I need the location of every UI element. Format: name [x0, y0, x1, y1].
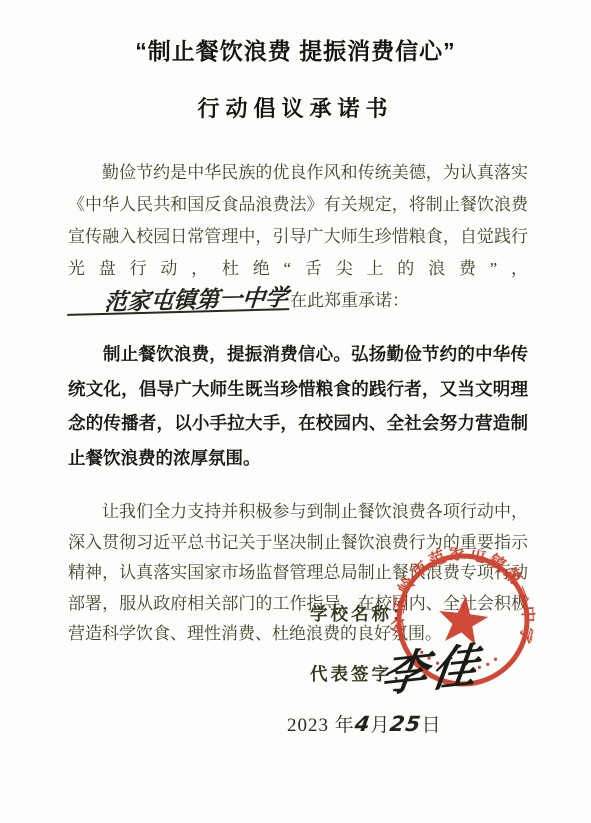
paragraph-pledge: 制止餐饮浪费，提振消费信心。弘扬勤俭节约的中华传统文化，倡导广大师生既当珍惜粮食… [68, 337, 528, 475]
date-day-handwritten: 25 [389, 712, 424, 736]
date-month-handwritten: 4 [353, 712, 372, 736]
document-header: “制止餐饮浪费 提振消费信心” 行动倡议承诺书 [0, 0, 591, 123]
paragraph-intro: 勤俭节约是中华民族的优良作风和传统美德，为认真落实《中华人民共和国反食品浪费法》… [68, 157, 528, 317]
date-year: 2023 年 [287, 715, 355, 736]
date-month-label: 月 [370, 715, 390, 736]
document-date: 2023 年4月25日 [287, 710, 442, 737]
document-title-line1: “制止餐饮浪费 提振消费信心” [0, 33, 591, 66]
handwritten-school-name: 范家屯镇第一中学 [67, 289, 291, 316]
pledge-document-page: “制止餐饮浪费 提振消费信心” 行动倡议承诺书 勤俭节约是中华民族的优良作风和传… [0, 0, 591, 823]
handwritten-signature: 李佳 [378, 628, 487, 706]
date-day-label: 日 [422, 715, 442, 736]
document-title-line2: 行动倡议承诺书 [0, 92, 591, 123]
paragraph-intro-text: 勤俭节约是中华民族的优良作风和传统美德，为认真落实《中华人民共和国反食品浪费法》… [68, 163, 528, 278]
paragraph-intro-closing: 在此郑重承诺： [290, 291, 409, 310]
